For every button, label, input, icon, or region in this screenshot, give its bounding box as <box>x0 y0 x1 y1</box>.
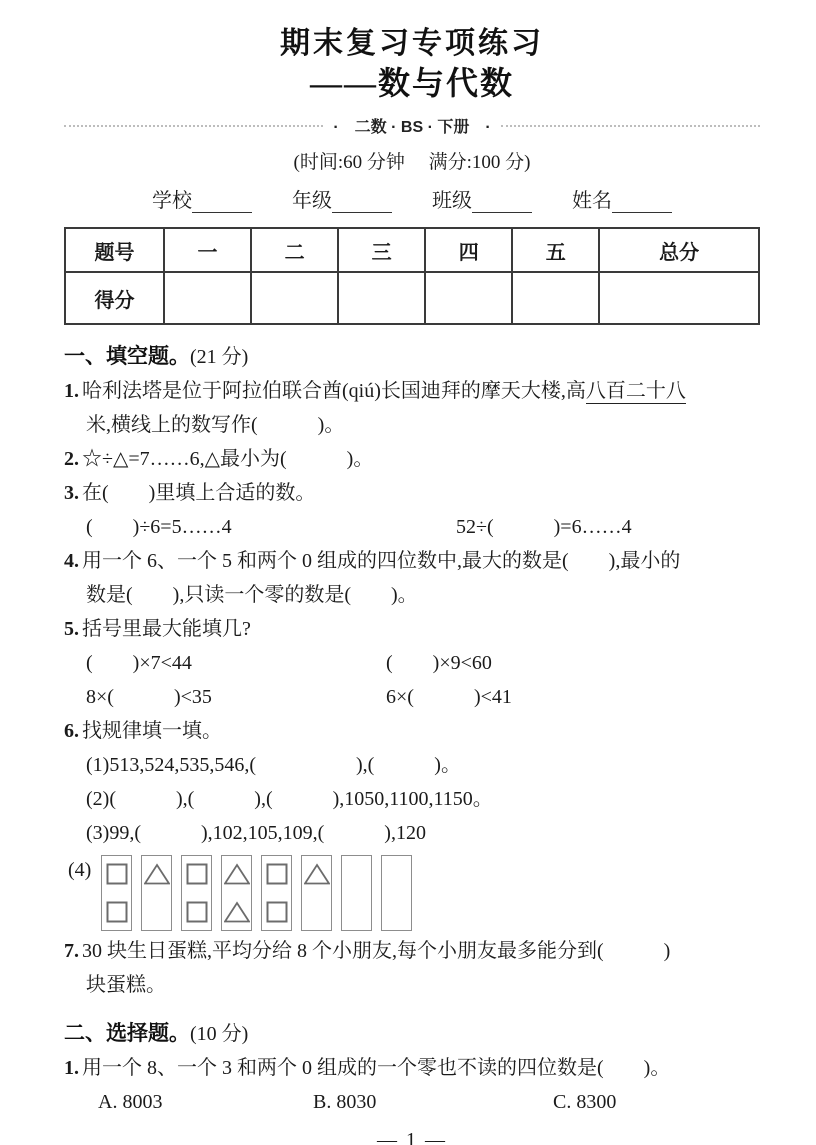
question-5-expressions-row-2: 8×( )<35 6×( )<41 <box>64 680 760 714</box>
question-1-text: 哈利法塔是位于阿拉伯联合酋(qiú)长国迪拜的摩天大楼,高 <box>82 380 586 402</box>
page-title: 期末复习专项练习 <box>64 26 760 62</box>
page-subtitle: ——数与代数 <box>64 62 760 104</box>
square-icon <box>186 863 208 885</box>
pattern-card-top-slot <box>184 862 210 886</box>
pattern-card <box>141 855 172 931</box>
question-2-number: 2. <box>64 448 79 470</box>
score-table-header-cell: 四 <box>425 228 512 272</box>
question-3-line: 3.在( )里填上合适的数。 <box>64 476 760 510</box>
question-5-expression-3: 8×( )<35 <box>86 680 386 714</box>
question-5-line: 5.括号里最大能填几? <box>64 612 760 646</box>
triangle-icon <box>224 901 250 923</box>
exam-page: 期末复习专项练习 ——数与代数 · 二数 · BS · 下册 · (时间:60 … <box>0 0 816 1145</box>
school-label: 学校 <box>152 184 192 213</box>
square-icon <box>106 901 128 923</box>
page-number: — 1 — <box>64 1129 760 1145</box>
question-6-item-2: (2)( ),( ),( ),1050,1100,1150。 <box>64 782 760 816</box>
edition-divider: · 二数 · BS · 下册 · <box>64 114 760 137</box>
section-2-question-1-options: A. 8003 B. 8030 C. 8300 <box>64 1085 760 1119</box>
square-icon <box>106 863 128 885</box>
question-7-line-2: 块蛋糕。 <box>64 968 760 1002</box>
name-field: 姓名 <box>572 184 672 213</box>
question-6-item-4-label: (4) <box>68 855 91 885</box>
section-1-points: (21 分) <box>190 346 248 368</box>
question-3-expressions: ( )÷6=5……4 52÷( )=6……4 <box>64 510 760 544</box>
question-3-text: 在( )里填上合适的数。 <box>82 482 315 504</box>
question-5-text: 括号里最大能填几? <box>82 618 251 640</box>
edition-label: · 二数 · BS · 下册 · <box>323 114 500 137</box>
pattern-card-bottom-slot <box>304 900 330 924</box>
pattern-card-top-slot <box>144 862 170 886</box>
triangle-icon <box>304 863 330 885</box>
section-2-question-1-line: 1.用一个 8、一个 3 和两个 0 组成的一个零也不读的四位数是( )。 <box>64 1051 760 1085</box>
question-1-number: 1. <box>64 380 79 402</box>
score-table-header-cell: 一 <box>164 228 251 272</box>
dotted-rule-left <box>64 125 323 127</box>
section-2-heading: 二、选择题。(10 分) <box>64 1016 760 1051</box>
question-5-number: 5. <box>64 618 79 640</box>
option-c: C. 8300 <box>553 1085 616 1119</box>
question-5-expression-2: ( )×9<60 <box>386 646 492 680</box>
name-label: 姓名 <box>572 184 612 213</box>
score-cell <box>425 272 512 324</box>
option-b: B. 8030 <box>313 1085 553 1119</box>
question-7-number: 7. <box>64 940 79 962</box>
score-table-header-cell: 五 <box>512 228 599 272</box>
score-cell <box>164 272 251 324</box>
triangle-icon <box>144 863 170 885</box>
section-2-points: (10 分) <box>190 1023 248 1045</box>
pattern-card <box>301 855 332 931</box>
score-table-header-cell: 总分 <box>599 228 759 272</box>
pattern-card <box>261 855 292 931</box>
pattern-card-bottom-slot <box>224 900 250 924</box>
question-6-number: 6. <box>64 720 79 742</box>
school-field: 学校 <box>152 184 252 213</box>
pattern-card-top-slot <box>264 862 290 886</box>
question-4-text: 用一个 6、一个 5 和两个 0 组成的四位数中,最大的数是( ),最小的 <box>82 550 680 572</box>
score-table: 题号 一 二 三 四 五 总分 得分 <box>64 227 760 325</box>
pattern-card-top-slot <box>304 862 330 886</box>
pattern-card-top-slot <box>384 862 410 886</box>
triangle-icon <box>224 863 250 885</box>
section-2-title: 二、选择题。 <box>64 1022 190 1045</box>
pattern-card-bottom-slot <box>384 900 410 924</box>
question-3-number: 3. <box>64 482 79 504</box>
class-label: 班级 <box>432 184 472 213</box>
question-1-line-2: 米,横线上的数写作( )。 <box>64 408 760 442</box>
question-6-item-1: (1)513,524,535,546,( ),( )。 <box>64 748 760 782</box>
pattern-card <box>181 855 212 931</box>
pattern-card <box>221 855 252 931</box>
score-table-header-row: 题号 一 二 三 四 五 总分 <box>65 228 759 272</box>
section-1-title: 一、填空题。 <box>64 345 190 368</box>
grade-label: 年级 <box>292 184 332 213</box>
question-1-underlined-text: 八百二十八 <box>586 380 686 404</box>
dotted-rule-right <box>501 125 760 127</box>
score-cell <box>599 272 759 324</box>
score-table-header-cell: 题号 <box>65 228 164 272</box>
school-blank <box>192 190 252 213</box>
pattern-cards <box>101 855 412 931</box>
question-2-line: 2.☆÷△=7……6,△最小为( )。 <box>64 442 760 476</box>
question-5-expressions-row-1: ( )×7<44 ( )×9<60 <box>64 646 760 680</box>
class-field: 班级 <box>432 184 532 213</box>
question-6-line: 6.找规律填一填。 <box>64 714 760 748</box>
question-4-line-1: 4.用一个 6、一个 5 和两个 0 组成的四位数中,最大的数是( ),最小的 <box>64 544 760 578</box>
score-table-header-cell: 三 <box>338 228 425 272</box>
question-5-expression-1: ( )×7<44 <box>86 646 386 680</box>
grade-blank <box>332 190 392 213</box>
question-3-expression-right: 52÷( )=6……4 <box>456 510 632 544</box>
pattern-card-bottom-slot <box>184 900 210 924</box>
question-7-text: 30 块生日蛋糕,平均分给 8 个小朋友,每个小朋友最多能分到( ) <box>82 940 670 962</box>
option-a: A. 8003 <box>98 1085 313 1119</box>
score-cell <box>251 272 338 324</box>
pattern-card-top-slot <box>344 862 370 886</box>
question-6-item-4: (4) <box>68 855 760 931</box>
pattern-card <box>341 855 372 931</box>
student-info-row: 学校 年级 班级 姓名 <box>64 184 760 213</box>
square-icon <box>186 901 208 923</box>
grade-field: 年级 <box>292 184 392 213</box>
pattern-card-top-slot <box>224 862 250 886</box>
pattern-card-bottom-slot <box>104 900 130 924</box>
question-4-line-2: 数是( ),只读一个零的数是( )。 <box>64 578 760 612</box>
pattern-card <box>381 855 412 931</box>
section-1-heading: 一、填空题。(21 分) <box>64 339 760 374</box>
pattern-card-bottom-slot <box>344 900 370 924</box>
score-cell <box>512 272 599 324</box>
question-5-expression-4: 6×( )<41 <box>386 680 512 714</box>
section-2-question-1-number: 1. <box>64 1057 79 1079</box>
question-3-expression-left: ( )÷6=5……4 <box>86 510 456 544</box>
square-icon <box>266 863 288 885</box>
score-table-header-cell: 二 <box>251 228 338 272</box>
question-4-number: 4. <box>64 550 79 572</box>
question-6-text: 找规律填一填。 <box>82 720 222 742</box>
score-table-score-row: 得分 <box>65 272 759 324</box>
pattern-card-bottom-slot <box>264 900 290 924</box>
pattern-card-bottom-slot <box>144 900 170 924</box>
pattern-card-top-slot <box>104 862 130 886</box>
section-2-question-1-text: 用一个 8、一个 3 和两个 0 组成的一个零也不读的四位数是( )。 <box>82 1057 670 1079</box>
square-icon <box>266 901 288 923</box>
class-blank <box>472 190 532 213</box>
score-row-label: 得分 <box>65 272 164 324</box>
question-7-line-1: 7.30 块生日蛋糕,平均分给 8 个小朋友,每个小朋友最多能分到( ) <box>64 934 760 968</box>
name-blank <box>612 190 672 213</box>
score-cell <box>338 272 425 324</box>
question-1-line-1: 1.哈利法塔是位于阿拉伯联合酋(qiú)长国迪拜的摩天大楼,高八百二十八 <box>64 374 760 408</box>
question-6-item-3: (3)99,( ),102,105,109,( ),120 <box>64 816 760 850</box>
question-2-text: ☆÷△=7……6,△最小为( )。 <box>82 448 373 470</box>
pattern-card <box>101 855 132 931</box>
exam-meta: (时间:60 分钟 满分:100 分) <box>64 147 760 174</box>
